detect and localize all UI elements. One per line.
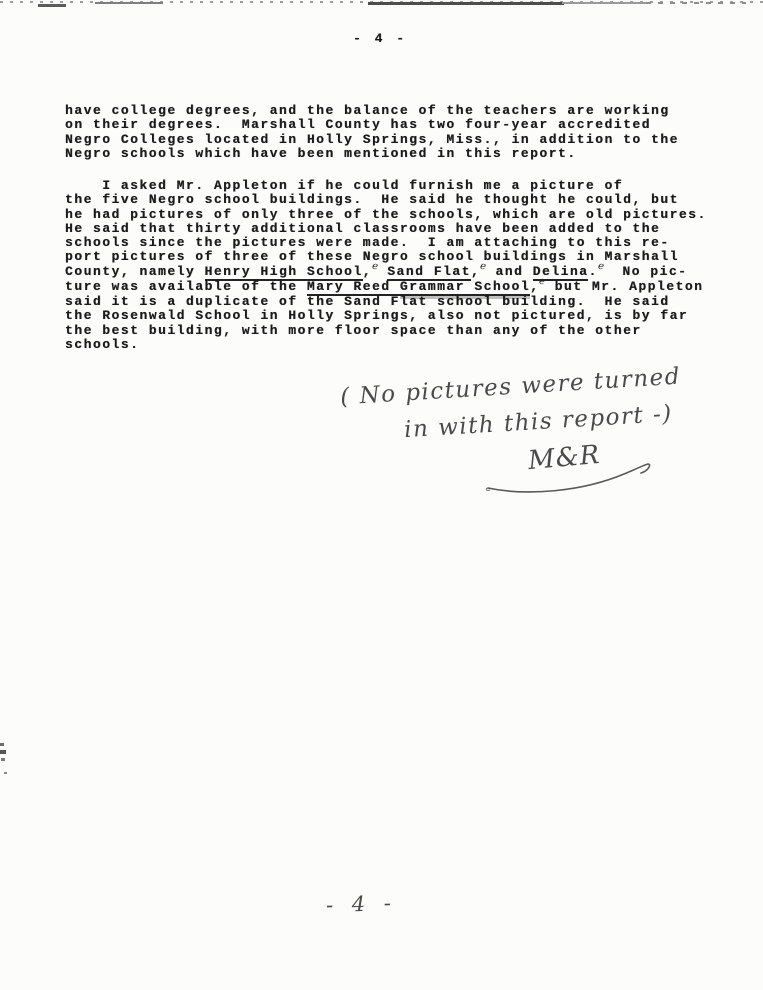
text-segment: he had pictures of only three of the sch… bbox=[65, 207, 707, 222]
text-segment: said it is a duplicate of the Sand Flat … bbox=[65, 294, 670, 309]
scan-edge-artifact bbox=[646, 2, 746, 4]
text-segment: on their degrees. Marshall County has tw… bbox=[65, 117, 651, 132]
text-segment: schools since the pictures were made. I … bbox=[65, 235, 670, 250]
text-segment: Negro schools which have been mentioned … bbox=[65, 146, 577, 161]
page-number-header: - 4 - bbox=[340, 31, 420, 46]
paragraph: I asked Mr. Appleton if he could furnish… bbox=[65, 179, 735, 352]
text-segment: the five Negro school buildings. He said… bbox=[65, 192, 679, 207]
scan-edge-artifact bbox=[1, 758, 5, 761]
text-line: Negro Colleges located in Holly Springs,… bbox=[65, 133, 735, 147]
text-segment: I asked Mr. Appleton if he could furnish… bbox=[65, 178, 623, 193]
text-line: port pictures of three of these Negro sc… bbox=[65, 250, 735, 264]
text-line: I asked Mr. Appleton if he could furnish… bbox=[65, 179, 735, 193]
text-segment: have college degrees, and the balance of… bbox=[65, 103, 670, 118]
text-line: have college degrees, and the balance of… bbox=[65, 104, 735, 118]
typed-text-body: have college degrees, and the balance of… bbox=[65, 104, 735, 352]
text-line: Negro schools which have been mentioned … bbox=[65, 147, 735, 161]
text-line: He said that thirty additional classroom… bbox=[65, 222, 735, 236]
text-line: County, namely Henry High School,e Sand … bbox=[65, 265, 735, 280]
scan-edge-artifact bbox=[0, 743, 4, 746]
text-line: he had pictures of only three of the sch… bbox=[65, 208, 735, 222]
text-segment: Negro Colleges located in Holly Springs,… bbox=[65, 132, 679, 147]
paragraph: have college degrees, and the balance of… bbox=[65, 104, 735, 161]
signature-flourish bbox=[486, 456, 658, 498]
text-line: the five Negro school buildings. He said… bbox=[65, 193, 735, 207]
page-number-footer: - 4 - bbox=[326, 891, 398, 917]
scan-edge-artifact bbox=[368, 2, 564, 5]
text-line: the Rosenwald School in Holly Springs, a… bbox=[65, 309, 735, 323]
text-segment: He said that thirty additional classroom… bbox=[65, 221, 660, 236]
text-line: ture was available of the Mary Reed Gram… bbox=[65, 280, 735, 295]
document-page: - 4 - have college degrees, and the bala… bbox=[0, 0, 763, 990]
text-segment: County, namely bbox=[65, 264, 205, 279]
handwritten-note-line-2: in with this report -) bbox=[403, 401, 673, 443]
scan-edge-artifact bbox=[95, 2, 163, 4]
text-line: the best building, with more floor space… bbox=[65, 324, 735, 338]
text-segment: schools. bbox=[65, 337, 139, 352]
text-segment: ture was available of the bbox=[65, 279, 307, 294]
scan-edge-artifact bbox=[562, 2, 646, 4]
text-segment: and bbox=[486, 264, 533, 279]
text-line: said it is a duplicate of the Sand Flat … bbox=[65, 295, 735, 309]
text-segment bbox=[378, 264, 387, 279]
scan-edge-artifact bbox=[4, 772, 7, 774]
text-line: schools. bbox=[65, 338, 735, 352]
scan-edge-artifact bbox=[0, 750, 6, 754]
text-segment: No pic- bbox=[604, 264, 688, 279]
scan-edge-artifact bbox=[38, 4, 66, 7]
text-segment: the best building, with more floor space… bbox=[65, 323, 642, 338]
underlined-school-name: Sand Flat bbox=[387, 264, 471, 281]
text-segment: but Mr. Appleton bbox=[545, 279, 703, 294]
text-segment: the Rosenwald School in Holly Springs, a… bbox=[65, 308, 688, 323]
text-line: on their degrees. Marshall County has tw… bbox=[65, 118, 735, 132]
text-line: schools since the pictures were made. I … bbox=[65, 236, 735, 250]
